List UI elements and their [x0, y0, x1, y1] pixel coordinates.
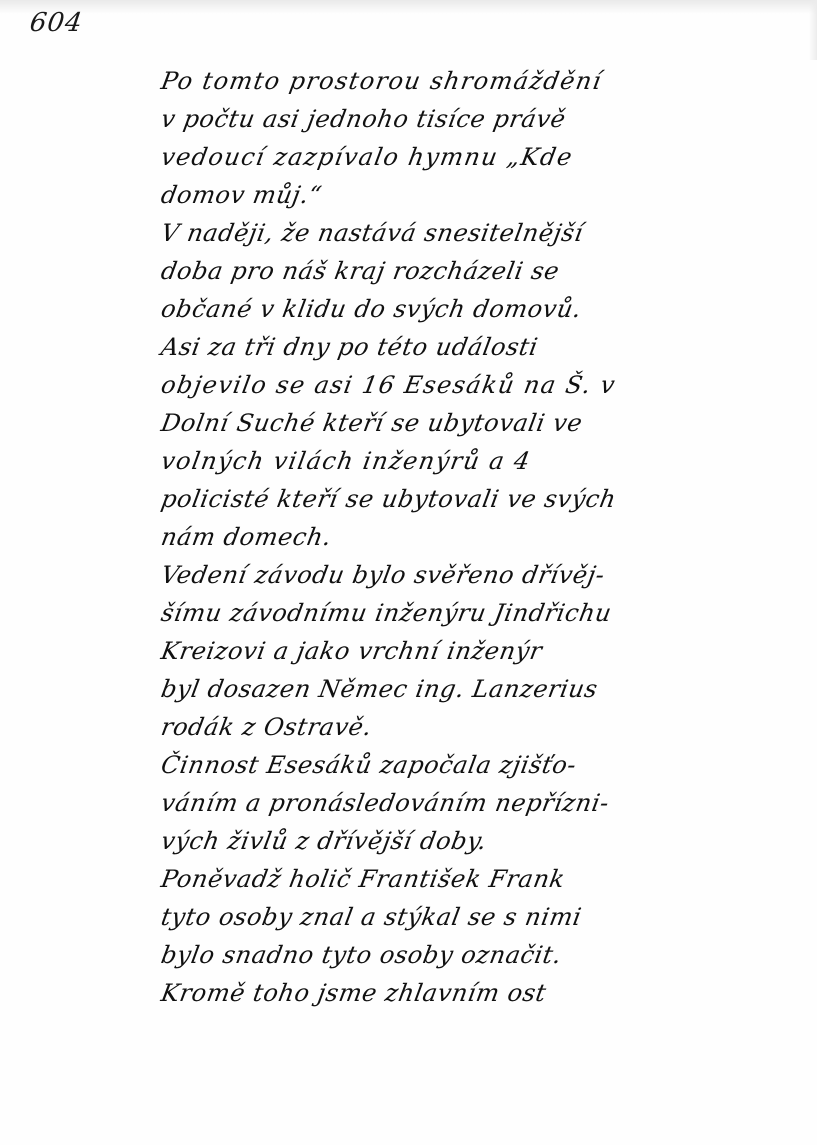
page-number: 604 [28, 8, 85, 38]
text-line: Kromě toho jsme zhlavním ost [158, 974, 785, 1012]
text-line: vých živlů z dřívější doby. [158, 822, 785, 860]
text-line: domov můj.“ [158, 176, 785, 214]
text-line: V naději, že nastává snesitelnější [158, 214, 785, 252]
text-line: doba pro náš kraj rozcházeli se [158, 252, 785, 290]
text-line: rodák z Ostravě. [158, 708, 785, 746]
text-line: v počtu asi jednoho tisíce právě [158, 100, 785, 138]
text-line: vedoucí zazpívalo hymnu „Kde [158, 138, 785, 176]
text-line: nám domech. [158, 518, 785, 556]
text-line: tyto osoby znal a stýkal se s nimi [158, 898, 785, 936]
text-line: váním a pronásledováním nepřízni- [158, 784, 785, 822]
text-line: občané v klidu do svých domovů. [158, 290, 785, 328]
text-line: Kreizovi a jako vrchní inženýr [158, 632, 785, 670]
text-line: bylo snadno tyto osoby označit. [158, 936, 785, 974]
text-line: volných vilách inženýrů a 4 [158, 442, 785, 480]
handwritten-text-block: Po tomto prostorou shromáždění v počtu a… [158, 62, 778, 1012]
text-line: šímu závodnímu inženýru Jindřichu [158, 594, 785, 632]
text-line: Po tomto prostorou shromáždění [158, 62, 785, 100]
text-line: byl dosazen Němec ing. Lanzerius [158, 670, 785, 708]
scan-shadow-right [809, 0, 817, 60]
text-line: Asi za tři dny po této události [158, 328, 785, 366]
text-line: Činnost Esesáků započala zjišťo- [158, 746, 785, 784]
text-line: objevilo se asi 16 Esesáků na Š. v [158, 366, 785, 404]
text-line: Dolní Suché kteří se ubytovali ve [158, 404, 785, 442]
text-line: Vedení závodu bylo svěřeno dřívěj- [158, 556, 785, 594]
scan-shadow-top [0, 0, 817, 14]
text-line: Poněvadž holič František Frank [158, 860, 785, 898]
text-line: policisté kteří se ubytovali ve svých [158, 480, 785, 518]
